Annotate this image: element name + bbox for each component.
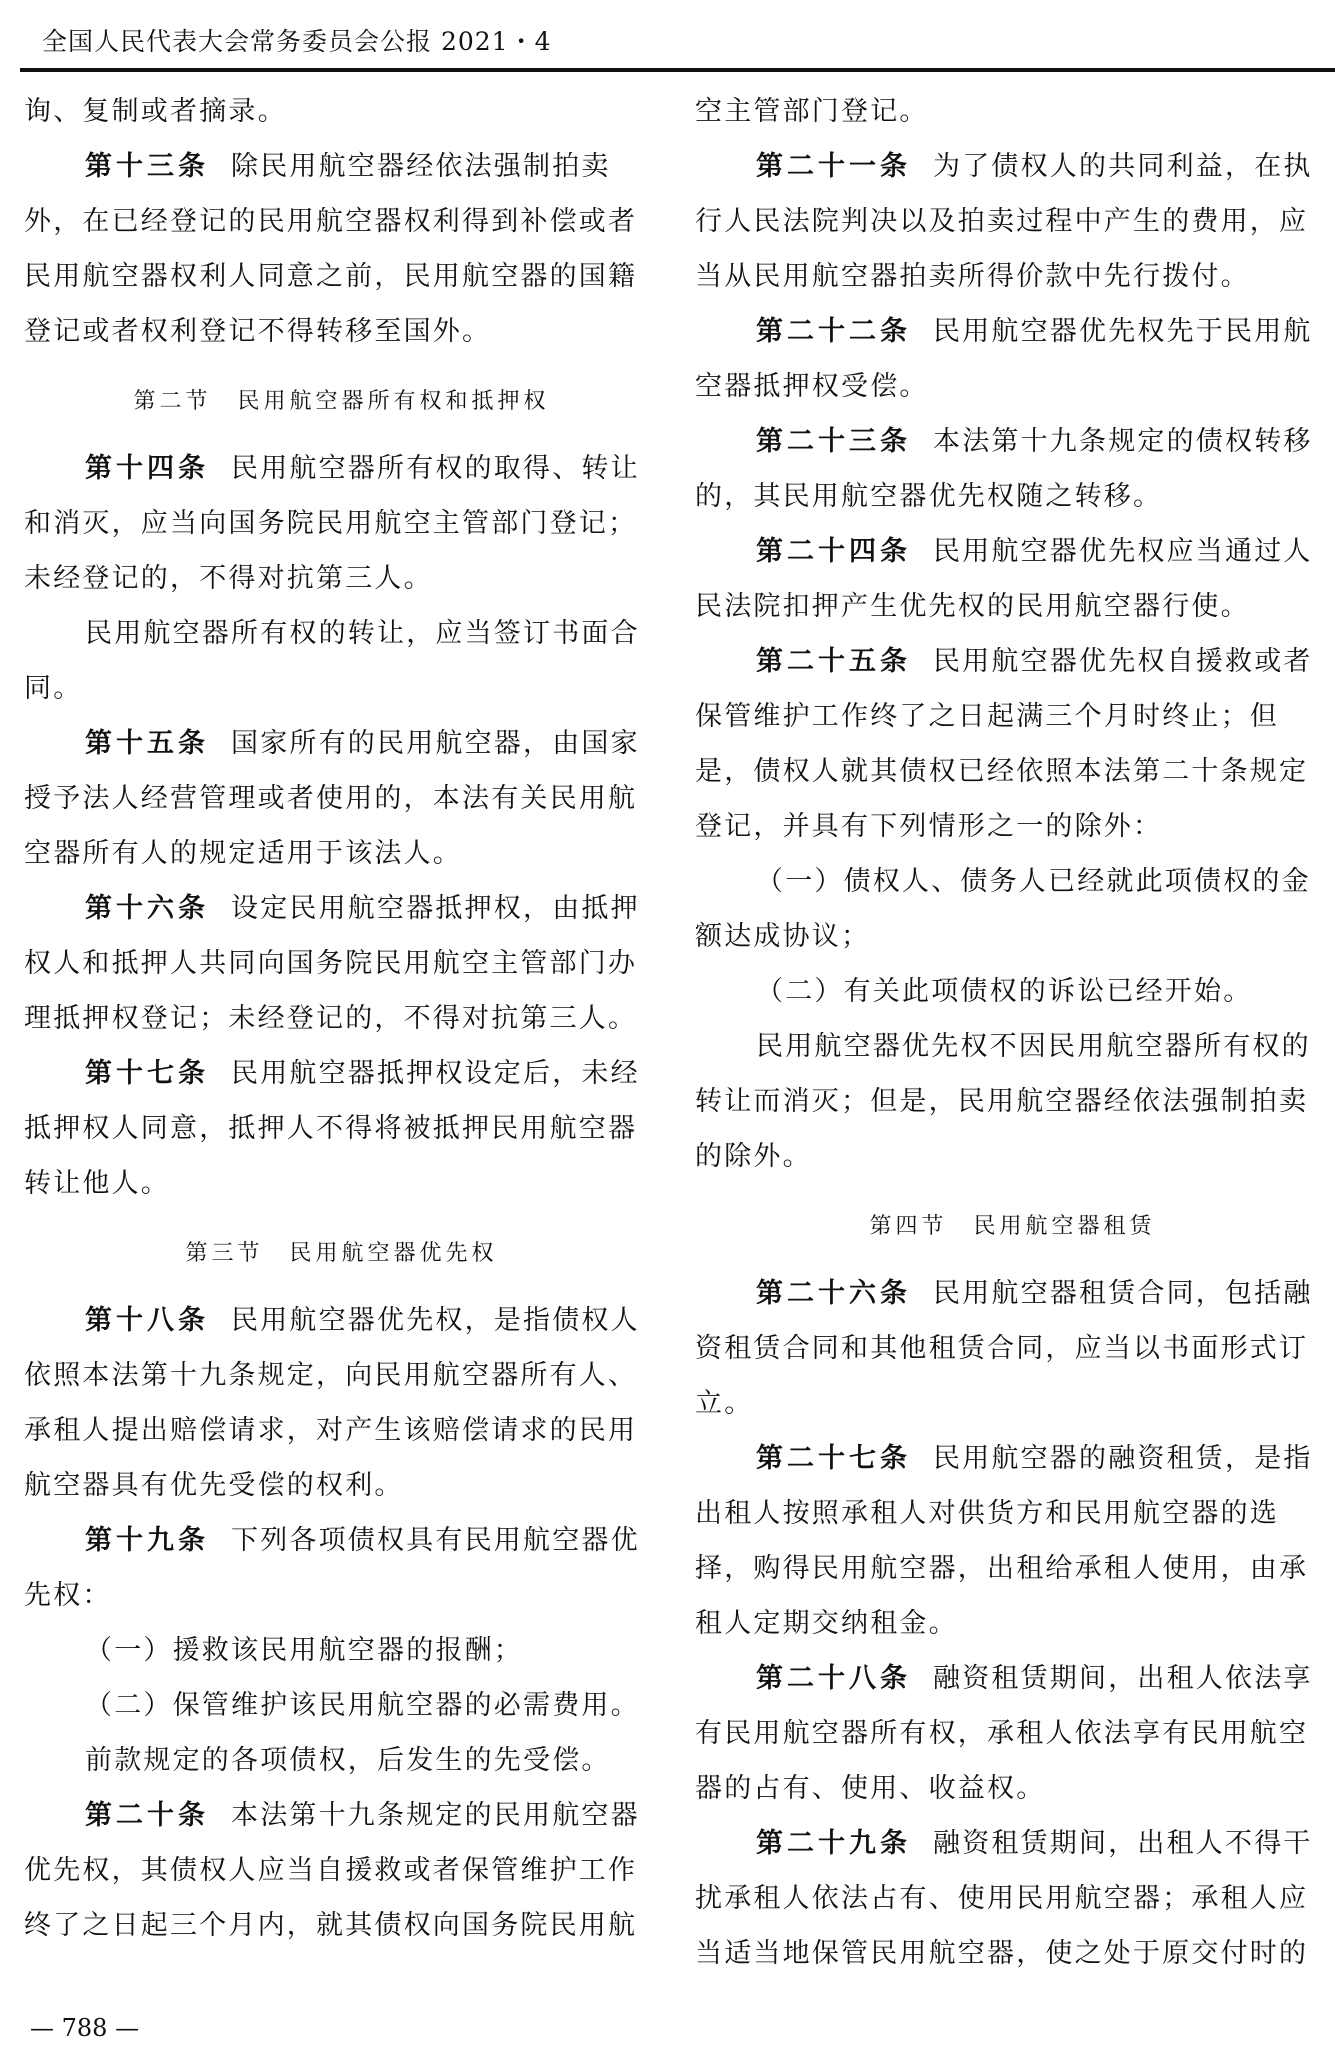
publication-header-title: 全国人民代表大会常务委员会公报 2021・4 [42, 22, 551, 58]
line-text: 转让他人。 [24, 1168, 170, 1199]
article-number: 第十五条 [85, 728, 209, 759]
text-line: 航空器具有优先受偿的权利。 [24, 1468, 639, 1523]
article-line: 第十三条除民用航空器经依法强制拍卖 [24, 149, 639, 204]
text-line: 授予法人经营管理或者使用的，本法有关民用航 [24, 781, 639, 836]
section-title: 民用航空器优先权 [290, 1241, 498, 1266]
text-line: 择，购得民用航空器，出租给承租人使用，由承 [695, 1551, 1310, 1606]
line-text: 扰承租人依法占有、使用民用航空器；承租人应 [695, 1883, 1308, 1914]
line-text: 转让而消灭；但是，民用航空器经依法强制拍卖 [695, 1086, 1308, 1117]
text-line: 前款规定的各项债权，后发生的先受偿。 [24, 1743, 639, 1798]
line-text: 先权： [24, 1580, 112, 1611]
text-line: 先权： [24, 1578, 639, 1633]
text-line: 询、复制或者摘录。 [24, 94, 639, 149]
line-text: 本法第十九条规定的债权转移 [933, 426, 1313, 457]
line-text: 民用航空器优先权自援救或者 [933, 646, 1313, 677]
text-line: 同。 [24, 671, 639, 726]
line-text: 融资租赁期间，出租人依法享 [933, 1663, 1313, 1694]
text-line: 器的占有、使用、收益权。 [695, 1771, 1310, 1826]
article-number: 第二十条 [85, 1800, 209, 1831]
text-line: 登记，并具有下列情形之一的除外： [695, 809, 1310, 864]
section-title: 民用航空器所有权和抵押权 [238, 389, 550, 414]
line-text: 融资租赁期间，出租人不得干 [933, 1828, 1313, 1859]
text-line: 当从民用航空器拍卖所得价款中先行拨付。 [695, 259, 1310, 314]
line-text: 理抵押权登记；未经登记的，不得对抗第三人。 [24, 1003, 637, 1034]
article-number: 第十三条 [85, 151, 209, 182]
article-number: 第二十六条 [756, 1278, 911, 1309]
line-text: （二）有关此项债权的诉讼已经开始。 [756, 976, 1252, 1007]
section-heading: 第四节民用航空器租赁 [695, 1194, 1310, 1276]
line-text: 有民用航空器所有权，承租人依法享有民用航空 [695, 1718, 1308, 1749]
text-line: 扰承租人依法占有、使用民用航空器；承租人应 [695, 1881, 1310, 1936]
article-number: 第十七条 [85, 1058, 209, 1089]
line-text: 和消灭，应当向国务院民用航空主管部门登记； [24, 508, 637, 539]
section-heading: 第三节民用航空器优先权 [24, 1221, 639, 1303]
article-number: 第二十七条 [756, 1443, 911, 1474]
article-line: 第十八条民用航空器优先权，是指债权人 [24, 1303, 639, 1358]
line-text: 当从民用航空器拍卖所得价款中先行拨付。 [695, 261, 1250, 292]
article-line: 第二十一条为了债权人的共同利益，在执 [695, 149, 1310, 204]
text-line: 优先权，其债权人应当自援救或者保管维护工作 [24, 1853, 639, 1908]
line-text: 登记，并具有下列情形之一的除外： [695, 811, 1162, 842]
line-text: 同。 [24, 673, 82, 704]
article-line: 第十九条下列各项债权具有民用航空器优 [24, 1523, 639, 1578]
text-line: 和消灭，应当向国务院民用航空主管部门登记； [24, 506, 639, 561]
line-text: 民用航空器优先权不因民用航空器所有权的 [756, 1031, 1311, 1062]
line-text: 资租赁合同和其他租赁合同，应当以书面形式订 [695, 1333, 1308, 1364]
article-line: 第二十八条融资租赁期间，出租人依法享 [695, 1661, 1310, 1716]
text-line: 是，债权人就其债权已经依照本法第二十条规定 [695, 754, 1310, 809]
text-line: 抵押权人同意，抵押人不得将被抵押民用航空器 [24, 1111, 639, 1166]
line-text: 立。 [695, 1388, 753, 1419]
line-text: 国家所有的民用航空器，由国家 [231, 728, 640, 759]
text-line: 转让他人。 [24, 1166, 639, 1221]
section-title: 民用航空器租赁 [974, 1214, 1156, 1239]
text-line: 出租人按照承租人对供货方和民用航空器的选 [695, 1496, 1310, 1551]
text-line: 理抵押权登记；未经登记的，不得对抗第三人。 [24, 1001, 639, 1056]
right-text-column: 空主管部门登记。第二十一条为了债权人的共同利益，在执行人民法院判决以及拍卖过程中… [695, 94, 1310, 1991]
line-text: 下列各项债权具有民用航空器优 [231, 1525, 640, 1556]
line-text: 前款规定的各项债权，后发生的先受偿。 [85, 1745, 611, 1776]
text-line: 权人和抵押人共同向国务院民用航空主管部门办 [24, 946, 639, 1001]
article-number: 第十八条 [85, 1305, 209, 1336]
line-text: 保管维护工作终了之日起满三个月时终止；但 [695, 701, 1279, 732]
section-number: 第三节 [185, 1241, 263, 1266]
line-text: 为了债权人的共同利益，在执 [933, 151, 1313, 182]
text-line: 民用航空器所有权的转让，应当签订书面合 [24, 616, 639, 671]
line-text: （一）债权人、债务人已经就此项债权的金 [756, 866, 1311, 897]
text-line: 保管维护工作终了之日起满三个月时终止；但 [695, 699, 1310, 754]
text-line: 登记或者权利登记不得转移至国外。 [24, 314, 639, 369]
left-text-column: 询、复制或者摘录。第十三条除民用航空器经依法强制拍卖外，在已经登记的民用航空器权… [24, 94, 639, 1963]
line-text: 外，在已经登记的民用航空器权利得到补偿或者 [24, 206, 637, 237]
line-text: 民用航空器优先权应当通过人 [933, 536, 1313, 567]
line-text: 授予法人经营管理或者使用的，本法有关民用航 [24, 783, 637, 814]
text-line: 有民用航空器所有权，承租人依法享有民用航空 [695, 1716, 1310, 1771]
line-text: 权人和抵押人共同向国务院民用航空主管部门办 [24, 948, 637, 979]
line-text: 航空器具有优先受偿的权利。 [24, 1470, 404, 1501]
line-text: （二）保管维护该民用航空器的必需费用。 [85, 1690, 640, 1721]
text-line: 承租人提出赔偿请求，对产生该赔偿请求的民用 [24, 1413, 639, 1468]
article-number: 第二十八条 [756, 1663, 911, 1694]
text-line: （二）保管维护该民用航空器的必需费用。 [24, 1688, 639, 1743]
article-line: 第二十九条融资租赁期间，出租人不得干 [695, 1826, 1310, 1881]
text-line: 空器抵押权受偿。 [695, 369, 1310, 424]
line-text: 未经登记的，不得对抗第三人。 [24, 563, 433, 594]
article-line: 第十七条民用航空器抵押权设定后，未经 [24, 1056, 639, 1111]
article-line: 第十五条国家所有的民用航空器，由国家 [24, 726, 639, 781]
section-number: 第二节 [133, 389, 211, 414]
article-number: 第二十一条 [756, 151, 911, 182]
article-number: 第十四条 [85, 453, 209, 484]
line-text: 终了之日起三个月内，就其债权向国务院民用航 [24, 1910, 637, 1941]
line-text: 是，债权人就其债权已经依照本法第二十条规定 [695, 756, 1308, 787]
text-line: 民用航空器权利人同意之前，民用航空器的国籍 [24, 259, 639, 314]
article-number: 第二十五条 [756, 646, 911, 677]
text-line: （二）有关此项债权的诉讼已经开始。 [695, 974, 1310, 1029]
text-line: 空主管部门登记。 [695, 94, 1310, 149]
article-line: 第十六条设定民用航空器抵押权，由抵押 [24, 891, 639, 946]
text-line: 终了之日起三个月内，就其债权向国务院民用航 [24, 1908, 639, 1963]
line-text: 民用航空器抵押权设定后，未经 [231, 1058, 640, 1089]
line-text: 依照本法第十九条规定，向民用航空器所有人、 [24, 1360, 637, 1391]
text-line: 依照本法第十九条规定，向民用航空器所有人、 [24, 1358, 639, 1413]
line-text: 空主管部门登记。 [695, 96, 929, 127]
text-line: 行人民法院判决以及拍卖过程中产生的费用，应 [695, 204, 1310, 259]
article-line: 第二十四条民用航空器优先权应当通过人 [695, 534, 1310, 589]
article-line: 第二十二条民用航空器优先权先于民用航 [695, 314, 1310, 369]
article-number: 第二十四条 [756, 536, 911, 567]
text-line: 的除外。 [695, 1139, 1310, 1194]
line-text: （一）援救该民用航空器的报酬； [85, 1635, 523, 1666]
line-text: 除民用航空器经依法强制拍卖 [231, 151, 611, 182]
article-line: 第二十条本法第十九条规定的民用航空器 [24, 1798, 639, 1853]
article-line: 第二十三条本法第十九条规定的债权转移 [695, 424, 1310, 479]
text-line: 租人定期交纳租金。 [695, 1606, 1310, 1661]
line-text: 设定民用航空器抵押权，由抵押 [231, 893, 640, 924]
article-line: 第十四条民用航空器所有权的取得、转让 [24, 451, 639, 506]
line-text: 民用航空器权利人同意之前，民用航空器的国籍 [24, 261, 637, 292]
text-line: （一）债权人、债务人已经就此项债权的金 [695, 864, 1310, 919]
line-text: 民用航空器所有权的取得、转让 [231, 453, 640, 484]
section-number: 第四节 [869, 1214, 947, 1239]
text-line: 民用航空器优先权不因民用航空器所有权的 [695, 1029, 1310, 1084]
line-text: 抵押权人同意，抵押人不得将被抵押民用航空器 [24, 1113, 637, 1144]
line-text: 的，其民用航空器优先权随之转移。 [695, 481, 1162, 512]
line-text: 民用航空器所有权的转让，应当签订书面合 [85, 618, 640, 649]
text-line: （一）援救该民用航空器的报酬； [24, 1633, 639, 1688]
line-text: 额达成协议； [695, 921, 870, 952]
line-text: 民用航空器优先权先于民用航 [933, 316, 1313, 347]
line-text: 民用航空器优先权，是指债权人 [231, 1305, 640, 1336]
article-number: 第二十三条 [756, 426, 911, 457]
line-text: 器的占有、使用、收益权。 [695, 1773, 1045, 1804]
article-line: 第二十六条民用航空器租赁合同，包括融 [695, 1276, 1310, 1331]
line-text: 行人民法院判决以及拍卖过程中产生的费用，应 [695, 206, 1308, 237]
text-line: 未经登记的，不得对抗第三人。 [24, 561, 639, 616]
page-number: — 788 — [30, 2014, 139, 2042]
line-text: 民用航空器的融资租赁，是指 [933, 1443, 1313, 1474]
line-text: 优先权，其债权人应当自援救或者保管维护工作 [24, 1855, 637, 1886]
article-number: 第二十二条 [756, 316, 911, 347]
line-text: 当适当地保管民用航空器，使之处于原交付时的 [695, 1938, 1308, 1969]
text-line: 民法院扣押产生优先权的民用航空器行使。 [695, 589, 1310, 644]
text-line: 立。 [695, 1386, 1310, 1441]
line-text: 询、复制或者摘录。 [24, 96, 287, 127]
line-text: 民法院扣押产生优先权的民用航空器行使。 [695, 591, 1250, 622]
line-text: 本法第十九条规定的民用航空器 [231, 1800, 640, 1831]
line-text: 登记或者权利登记不得转移至国外。 [24, 316, 491, 347]
text-line: 额达成协议； [695, 919, 1310, 974]
article-line: 第二十五条民用航空器优先权自援救或者 [695, 644, 1310, 699]
article-number: 第十九条 [85, 1525, 209, 1556]
line-text: 择，购得民用航空器，出租给承租人使用，由承 [695, 1553, 1308, 1584]
text-line: 转让而消灭；但是，民用航空器经依法强制拍卖 [695, 1084, 1310, 1139]
line-text: 空器抵押权受偿。 [695, 371, 929, 402]
article-number: 第二十九条 [756, 1828, 911, 1859]
text-line: 空器所有人的规定适用于该法人。 [24, 836, 639, 891]
article-number: 第十六条 [85, 893, 209, 924]
line-text: 的除外。 [695, 1141, 812, 1172]
text-line: 的，其民用航空器优先权随之转移。 [695, 479, 1310, 534]
article-line: 第二十七条民用航空器的融资租赁，是指 [695, 1441, 1310, 1496]
line-text: 空器所有人的规定适用于该法人。 [24, 838, 462, 869]
section-heading: 第二节民用航空器所有权和抵押权 [24, 369, 639, 451]
line-text: 租人定期交纳租金。 [695, 1608, 958, 1639]
text-line: 外，在已经登记的民用航空器权利得到补偿或者 [24, 204, 639, 259]
line-text: 民用航空器租赁合同，包括融 [933, 1278, 1313, 1309]
text-line: 当适当地保管民用航空器，使之处于原交付时的 [695, 1936, 1310, 1991]
line-text: 出租人按照承租人对供货方和民用航空器的选 [695, 1498, 1279, 1529]
text-line: 资租赁合同和其他租赁合同，应当以书面形式订 [695, 1331, 1310, 1386]
line-text: 承租人提出赔偿请求，对产生该赔偿请求的民用 [24, 1415, 637, 1446]
header-divider [20, 68, 1335, 72]
